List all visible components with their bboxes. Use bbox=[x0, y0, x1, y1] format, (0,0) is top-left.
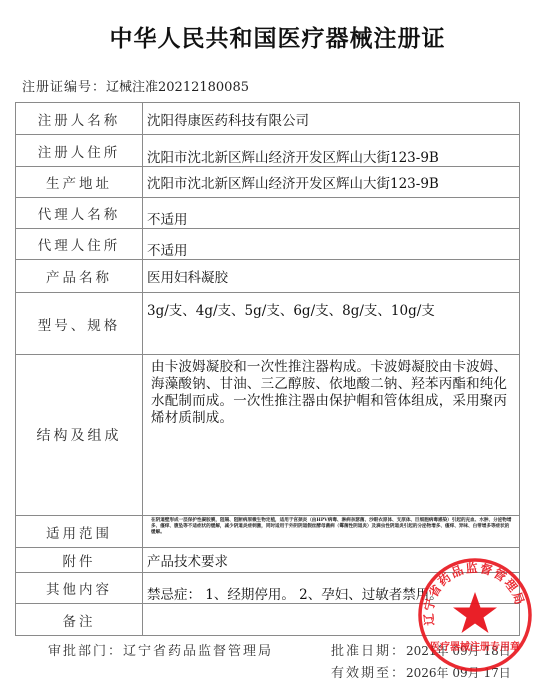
table-row: 备注 bbox=[16, 604, 520, 636]
row-key: 备注 bbox=[16, 604, 143, 636]
scope-of-application-text: 在阴道壁形成一层保护性凝胶膜，阻隔、阻断病原微生物定植，适用于宫颈炎（由HPV病… bbox=[147, 516, 519, 536]
table-row: 适用范围 在阴道壁形成一层保护性凝胶膜，阻隔、阻断病原微生物定植，适用于宫颈炎（… bbox=[16, 516, 520, 548]
row-key: 注册人住所 bbox=[16, 135, 143, 167]
row-key: 注册人名称 bbox=[16, 103, 143, 135]
row-key: 代理人名称 bbox=[16, 198, 143, 229]
row-key: 附件 bbox=[16, 548, 143, 573]
table-row: 代理人名称 不适用 bbox=[16, 198, 520, 229]
approval-department-label: 审批部门： bbox=[48, 644, 123, 659]
row-value: 产品技术要求 bbox=[143, 548, 520, 573]
approval-department: 审批部门：辽宁省药品监督管理局 bbox=[48, 640, 273, 659]
row-value: 3g/支、4g/支、5g/支、6g/支、8g/支、10g/支 bbox=[147, 293, 519, 319]
valid-until-value: 2026年 09月 17日 bbox=[406, 666, 511, 680]
table-row: 注册人名称 沈阳得康医药科技有限公司 bbox=[16, 103, 520, 135]
table-row: 附件 产品技术要求 bbox=[16, 548, 520, 573]
valid-until-label: 有效期至： bbox=[331, 666, 406, 681]
structure-composition-text: 由卡波姆凝胶和一次性推注器构成。卡波姆凝胶由卡波姆、海藻酸钠、甘油、三乙醇胺、依… bbox=[147, 355, 519, 427]
row-key: 适用范围 bbox=[16, 516, 143, 548]
row-key: 型号、规格 bbox=[16, 293, 143, 355]
table-row: 其他内容 禁忌症： 1、经期停用。 2、孕妇、过敏者禁用。 bbox=[16, 573, 520, 604]
row-value: 禁忌症： 1、经期停用。 2、孕妇、过敏者禁用。 bbox=[147, 573, 519, 603]
approval-date: 批准日期：2021年 09月 18日 bbox=[331, 640, 511, 659]
row-value: 医用妇科凝胶 bbox=[143, 260, 520, 293]
approval-date-value: 2021年 09月 18日 bbox=[406, 644, 511, 658]
row-value: 不适用 bbox=[147, 229, 519, 259]
row-key: 产品名称 bbox=[16, 260, 143, 293]
row-value: 沈阳得康医药科技有限公司 bbox=[143, 103, 520, 135]
approval-date-label: 批准日期： bbox=[331, 644, 406, 659]
row-key: 其他内容 bbox=[16, 573, 143, 604]
table-row: 产品名称 医用妇科凝胶 bbox=[16, 260, 520, 293]
registration-number-label: 注册证编号： bbox=[22, 80, 106, 95]
registration-number-value: 辽械注准20212180085 bbox=[106, 80, 249, 95]
certificate-table: 注册人名称 沈阳得康医药科技有限公司 注册人住所 沈阳市沈北新区辉山经济开发区辉… bbox=[15, 102, 520, 636]
row-value bbox=[143, 604, 520, 636]
row-value: 不适用 bbox=[147, 198, 519, 228]
table-row: 型号、规格 3g/支、4g/支、5g/支、6g/支、8g/支、10g/支 bbox=[16, 293, 520, 355]
approval-department-value: 辽宁省药品监督管理局 bbox=[123, 644, 273, 659]
table-row: 生产地址 沈阳市沈北新区辉山经济开发区辉山大街123-9B bbox=[16, 167, 520, 198]
table-row: 注册人住所 沈阳市沈北新区辉山经济开发区辉山大街123-9B bbox=[16, 135, 520, 167]
row-value: 沈阳市沈北新区辉山经济开发区辉山大街123-9B bbox=[147, 136, 519, 166]
table-row: 代理人住所 不适用 bbox=[16, 229, 520, 260]
table-row: 结构及组成 由卡波姆凝胶和一次性推注器构成。卡波姆凝胶由卡波姆、海藻酸钠、甘油、… bbox=[16, 355, 520, 516]
row-key: 结构及组成 bbox=[16, 355, 143, 516]
valid-until: 有效期至：2026年 09月 17日 bbox=[331, 662, 511, 681]
registration-number: 注册证编号：辽械注准20212180085 bbox=[22, 76, 249, 95]
row-key: 代理人住所 bbox=[16, 229, 143, 260]
row-value: 沈阳市沈北新区辉山经济开发区辉山大街123-9B bbox=[143, 167, 520, 198]
row-key: 生产地址 bbox=[16, 167, 143, 198]
certificate-title: 中华人民共和国医疗器械注册证 bbox=[0, 20, 555, 53]
